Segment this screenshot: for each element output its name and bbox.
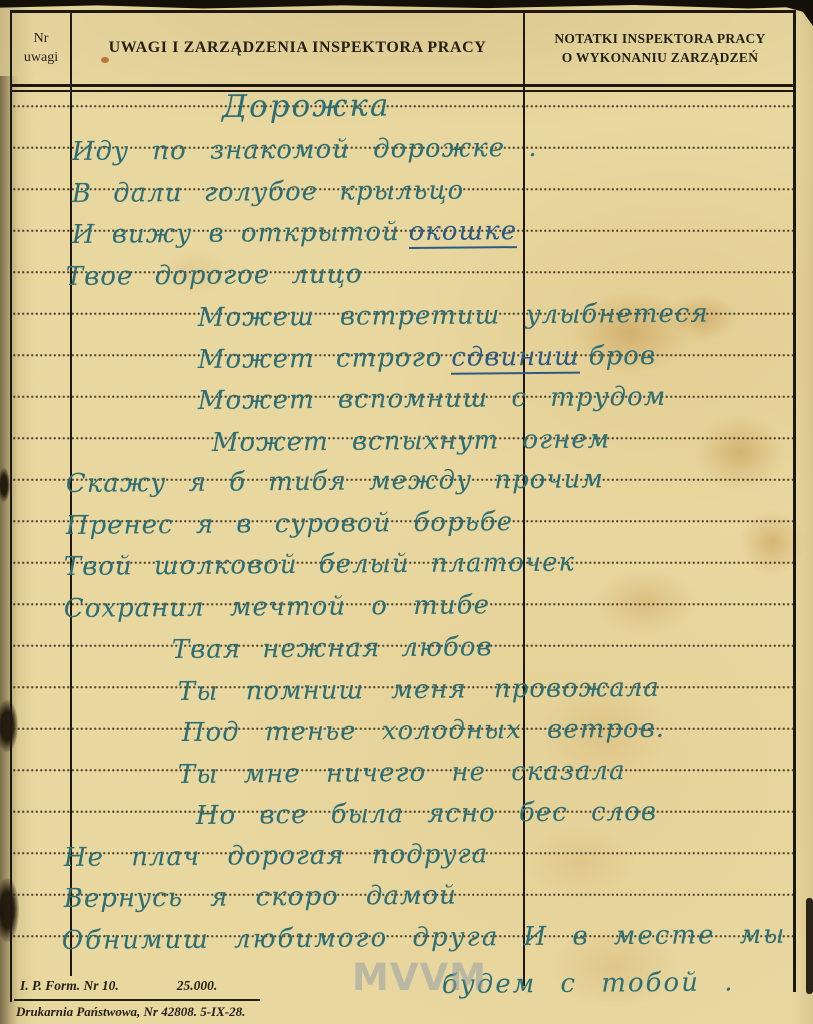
- header-bottom-rule: [10, 84, 796, 87]
- manuscript-line: Иду по знакомой дорожке .: [72, 131, 538, 169]
- manuscript-line-part: бров: [589, 341, 657, 372]
- header-uwagi-label: uwagi: [12, 48, 70, 67]
- header-notatki-line1: NOTATKI INSPEKTORA PRACY: [525, 29, 795, 48]
- frame-left-border: [10, 10, 12, 1002]
- manuscript-line: Вернусь я скоро дамой: [64, 879, 457, 916]
- footer-print-run: 25.000.: [177, 978, 218, 994]
- manuscript-underlined-word: окошке: [409, 216, 518, 249]
- manuscript-line: Твая нежная любов: [172, 630, 493, 667]
- header-col-nr-uwagi: Nr uwagi: [12, 12, 70, 84]
- scan-right-edge-mark: [806, 898, 813, 994]
- manuscript-title: Дорожка: [222, 89, 391, 124]
- manuscript-line: Может строгосдвинишбров: [198, 339, 656, 377]
- manuscript-underlined-word: сдвиниш: [451, 342, 580, 375]
- watermark: MVVM: [352, 956, 487, 999]
- manuscript-line-part: И вижу в открытой: [72, 217, 400, 250]
- manuscript-line: Сохранил мечтой о тибе: [64, 588, 490, 626]
- manuscript-line: Но все была ясно бес слов: [196, 795, 657, 833]
- manuscript-line: Твое дорогое лицо: [66, 257, 363, 294]
- manuscript-line: В дали голубое крыльцо: [72, 174, 465, 211]
- manuscript-line: Под теньe холодных ветров.: [182, 712, 665, 750]
- manuscript-line: Твой шолковой белый платочек: [64, 546, 575, 584]
- scan-top-edge: [0, 0, 813, 9]
- manuscript-line: Не плач дорогая подруга: [64, 837, 489, 875]
- footer-printer-line: Drukarnia Państwowa, Nr 42808. 5-IX-28.: [16, 1004, 245, 1020]
- manuscript-line: Скажу я б тибя между прочим: [66, 462, 604, 501]
- manuscript-line: И вижу в открытойокошке: [72, 214, 517, 252]
- header-col-notatki: NOTATKI INSPEKTORA PRACY O WYKONANIU ZAR…: [525, 12, 795, 84]
- header-col-uwagi-inspektora: UWAGI I ZARZĄDZENIA INSPEKTORA PRACY: [72, 12, 523, 84]
- header-uwagi-title: UWAGI I ZARZĄDZENIA INSPEKTORA PRACY: [109, 39, 487, 57]
- manuscript-line: Может вспомниш с трудом: [198, 380, 667, 418]
- scanned-form-page: Nr uwagi UWAGI I ZARZĄDZENIA INSPEKTORA …: [0, 0, 813, 1024]
- manuscript-line-part: Может строго: [198, 343, 443, 375]
- header-nr-label: Nr: [12, 29, 70, 48]
- manuscript-line: Может вспыхнут огнем: [212, 423, 611, 460]
- footer-form-line: I. P. Form. Nr 10. 25.000.: [20, 978, 270, 994]
- header-notatki-line2: O WYKONANIU ZARZĄDZEŃ: [525, 48, 795, 67]
- footer-rule: [14, 999, 260, 1001]
- manuscript-line: Ты помниш меня провожала: [178, 671, 660, 709]
- footer-form-number: I. P. Form. Nr 10.: [20, 978, 119, 994]
- manuscript-line: Обнимиш любимого друга И в месте мы: [62, 918, 787, 958]
- manuscript-line: Можеш встретиш улыбнетеся: [198, 297, 709, 335]
- manuscript-line: Пренес я в суровой борьбе: [66, 505, 514, 543]
- manuscript-line: Ты мне ничего не сказала: [178, 754, 626, 792]
- header-bottom-rule-2: [10, 90, 796, 92]
- frame-right-border: [793, 10, 796, 992]
